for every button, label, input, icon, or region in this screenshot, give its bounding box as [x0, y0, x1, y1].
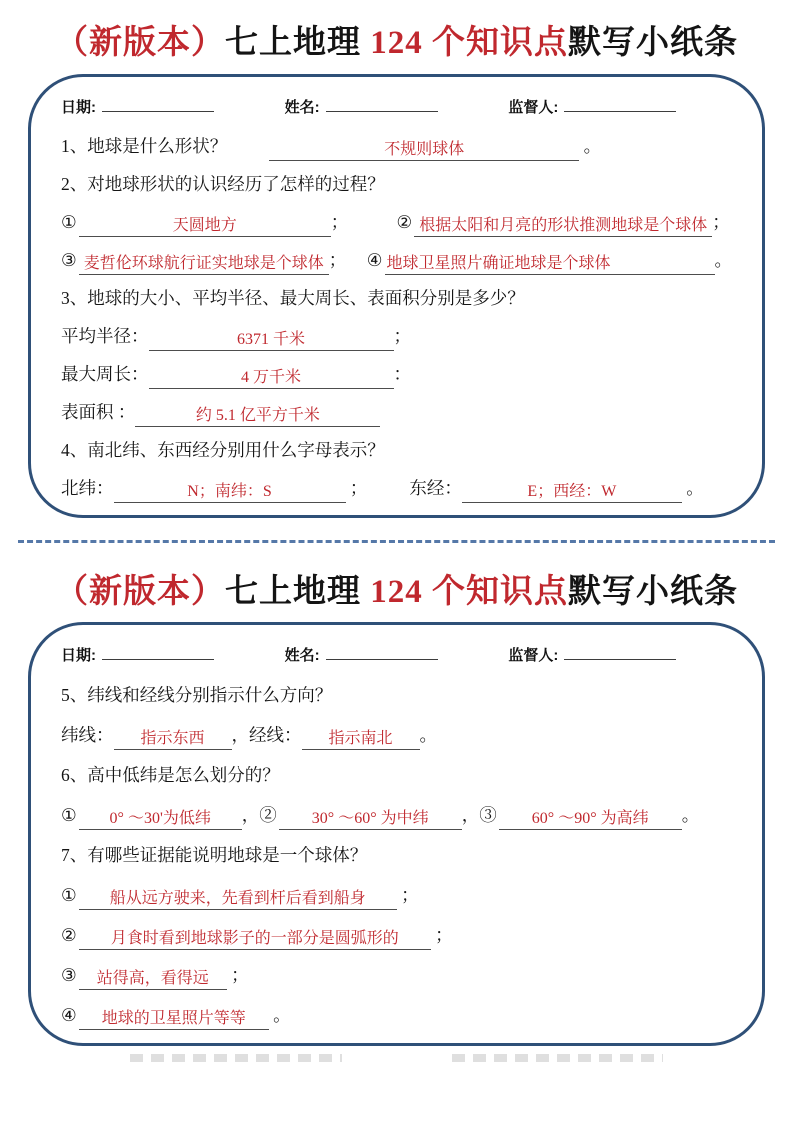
high-latitude-answer: 60° ～90° 为高纬: [499, 809, 682, 830]
longitude-answer: E；西经：W: [462, 482, 682, 503]
question-6-row: ①0° ～30'为低纬，②30° ～60° 为中纬，③60° ～90° 为高纬。: [61, 795, 732, 835]
supervisor-field: 监督人:: [508, 89, 732, 127]
row-label: 最大周长：: [61, 364, 149, 384]
title-subject: 七上地理: [225, 25, 370, 61]
longitude-direction-answer: 指示南北: [302, 729, 420, 750]
row-label: 东经：: [409, 478, 462, 498]
row-label: 北纬：: [61, 478, 114, 498]
row-label: 纬线：: [61, 725, 114, 745]
name-label: 姓名:: [285, 637, 320, 675]
question-6-text: 6、高中低纬是怎么划分的？: [61, 765, 280, 785]
question-1-answer: 不规则球体: [269, 140, 579, 161]
question-2: 2、对地球形状的认识经历了怎样的过程？: [61, 165, 732, 203]
name-blank: [326, 92, 438, 112]
question-2-answer-2: 根据太阳和月亮的形状推测地球是个球体: [414, 216, 712, 237]
area-answer: 约 5.1 亿平方千米: [135, 406, 380, 427]
answer-item: ②根据太阳和月亮的形状推测地球是个球体；: [397, 203, 733, 241]
title-edition: （新版本）: [55, 25, 225, 61]
supervisor-blank: [564, 92, 676, 112]
supervisor-label: 监督人:: [508, 637, 558, 675]
name-field: 姓名:: [285, 637, 509, 675]
question-box-2: 日期: 姓名: 监督人: 5、纬线和经线分别指示什么方向？ 纬线：指示东西，经线…: [28, 622, 765, 1046]
question-7-row-2: ②月食时看到地球影子的一部分是圆弧形的 ；: [61, 915, 732, 955]
question-7-text: 7、有哪些证据能说明地球是一个球体？: [61, 845, 367, 865]
question-7-row-3: ③站得高，看得远 ；: [61, 955, 732, 995]
question-5-text: 5、纬线和经线分别指示什么方向？: [61, 685, 332, 705]
row-label: 平均半径：: [61, 326, 149, 346]
name-field: 姓名:: [285, 89, 509, 127]
latitude-answer: N；南纬：S: [114, 482, 346, 503]
question-6: 6、高中低纬是怎么划分的？: [61, 755, 732, 795]
row-label: 表面积 ：: [61, 402, 135, 422]
question-3: 3、地球的大小、平均半径、最大周长、表面积分别是多少？: [61, 279, 732, 317]
question-2-row-1: ①天圆地方； ②根据太阳和月亮的形状推测地球是个球体；: [61, 203, 732, 241]
dashed-page-divider: [18, 540, 775, 543]
date-label: 日期:: [61, 637, 96, 675]
answer-item: ③麦哲伦环球航行证实地球是个球体；: [61, 241, 367, 279]
question-box-1: 日期: 姓名: 监督人: 1、地球是什么形状？不规则球体 。 2、对地球形状的认…: [28, 74, 765, 518]
title-edition: （新版本）: [55, 574, 225, 610]
date-blank: [102, 92, 214, 112]
question-7-row-4: ④地球的卫星照片等等 。: [61, 995, 732, 1035]
title-count: 124 个知识点: [370, 574, 568, 610]
question-2-row-2: ③麦哲伦环球航行证实地球是个球体； ④地球卫星照片确证地球是个球体。: [61, 241, 732, 279]
date-blank: [102, 640, 214, 660]
circumference-answer: 4 万千米: [149, 368, 394, 389]
question-5: 5、纬线和经线分别指示什么方向？: [61, 675, 732, 715]
question-3-text: 3、地球的大小、平均半径、最大周长、表面积分别是多少？: [61, 288, 525, 308]
question-1-text: 1、地球是什么形状？: [61, 136, 227, 156]
date-label: 日期:: [61, 89, 96, 127]
cropped-footer-text-remnant: [130, 1054, 663, 1063]
title-suffix: 默写小纸条: [568, 25, 738, 61]
worksheet-page: （新版本）七上地理 124 个知识点默写小纸条 日期: 姓名: 监督人: 1、地…: [0, 24, 793, 1063]
question-5-row: 纬线：指示东西，经线：指示南北。: [61, 715, 732, 755]
question-4-row: 北纬：N；南纬：S ；东经：E；西经：W 。: [61, 469, 732, 507]
supervisor-blank: [564, 640, 676, 660]
mid-latitude-answer: 30° ～60° 为中纬: [279, 809, 462, 830]
answer-item: ④地球卫星照片确证地球是个球体。: [367, 241, 732, 279]
title-count: 124 个知识点: [370, 25, 568, 61]
header-row-1: 日期: 姓名: 监督人:: [61, 89, 732, 127]
date-field: 日期:: [61, 89, 285, 127]
evidence-answer-4: 地球的卫星照片等等: [79, 1009, 269, 1030]
evidence-answer-2: 月食时看到地球影子的一部分是圆弧形的: [79, 929, 431, 950]
evidence-answer-1: 船从远方驶来，先看到杆后看到船身: [79, 889, 397, 910]
question-7: 7、有哪些证据能说明地球是一个球体？: [61, 835, 732, 875]
question-3-row-circumference: 最大周长：4 万千米：: [61, 355, 732, 393]
header-row-2: 日期: 姓名: 监督人:: [61, 637, 732, 675]
question-3-row-area: 表面积 ：约 5.1 亿平方千米: [61, 393, 732, 431]
page-title-2: （新版本）七上地理 124 个知识点默写小纸条: [0, 573, 793, 613]
question-7-row-1: ①船从远方驶来，先看到杆后看到船身 ；: [61, 875, 732, 915]
evidence-answer-3: 站得高，看得远: [79, 969, 227, 990]
question-3-row-radius: 平均半径：6371 千米；: [61, 317, 732, 355]
question-2-answer-3: 麦哲伦环球航行证实地球是个球体: [79, 254, 329, 275]
question-4: 4、南北纬、东西经分别用什么字母表示？: [61, 431, 732, 469]
supervisor-label: 监督人:: [508, 89, 558, 127]
question-4-text: 4、南北纬、东西经分别用什么字母表示？: [61, 440, 385, 460]
supervisor-field: 监督人:: [508, 637, 732, 675]
latitude-direction-answer: 指示东西: [114, 729, 232, 750]
date-field: 日期:: [61, 637, 285, 675]
cropped-text-right: [452, 1054, 664, 1062]
title-suffix: 默写小纸条: [568, 574, 738, 610]
page-title-1: （新版本）七上地理 124 个知识点默写小纸条: [0, 24, 793, 64]
question-2-answer-4: 地球卫星照片确证地球是个球体: [385, 254, 715, 275]
name-label: 姓名:: [285, 89, 320, 127]
answer-item: ①天圆地方；: [61, 203, 397, 241]
question-2-answer-1: 天圆地方: [79, 216, 331, 237]
title-subject: 七上地理: [225, 574, 370, 610]
question-2-text: 2、对地球形状的认识经历了怎样的过程？: [61, 174, 385, 194]
cropped-text-left: [130, 1054, 342, 1062]
radius-answer: 6371 千米: [149, 330, 394, 351]
name-blank: [326, 640, 438, 660]
question-1: 1、地球是什么形状？不规则球体 。: [61, 127, 732, 165]
low-latitude-answer: 0° ～30'为低纬: [79, 809, 242, 830]
row-label: 经线：: [249, 725, 302, 745]
